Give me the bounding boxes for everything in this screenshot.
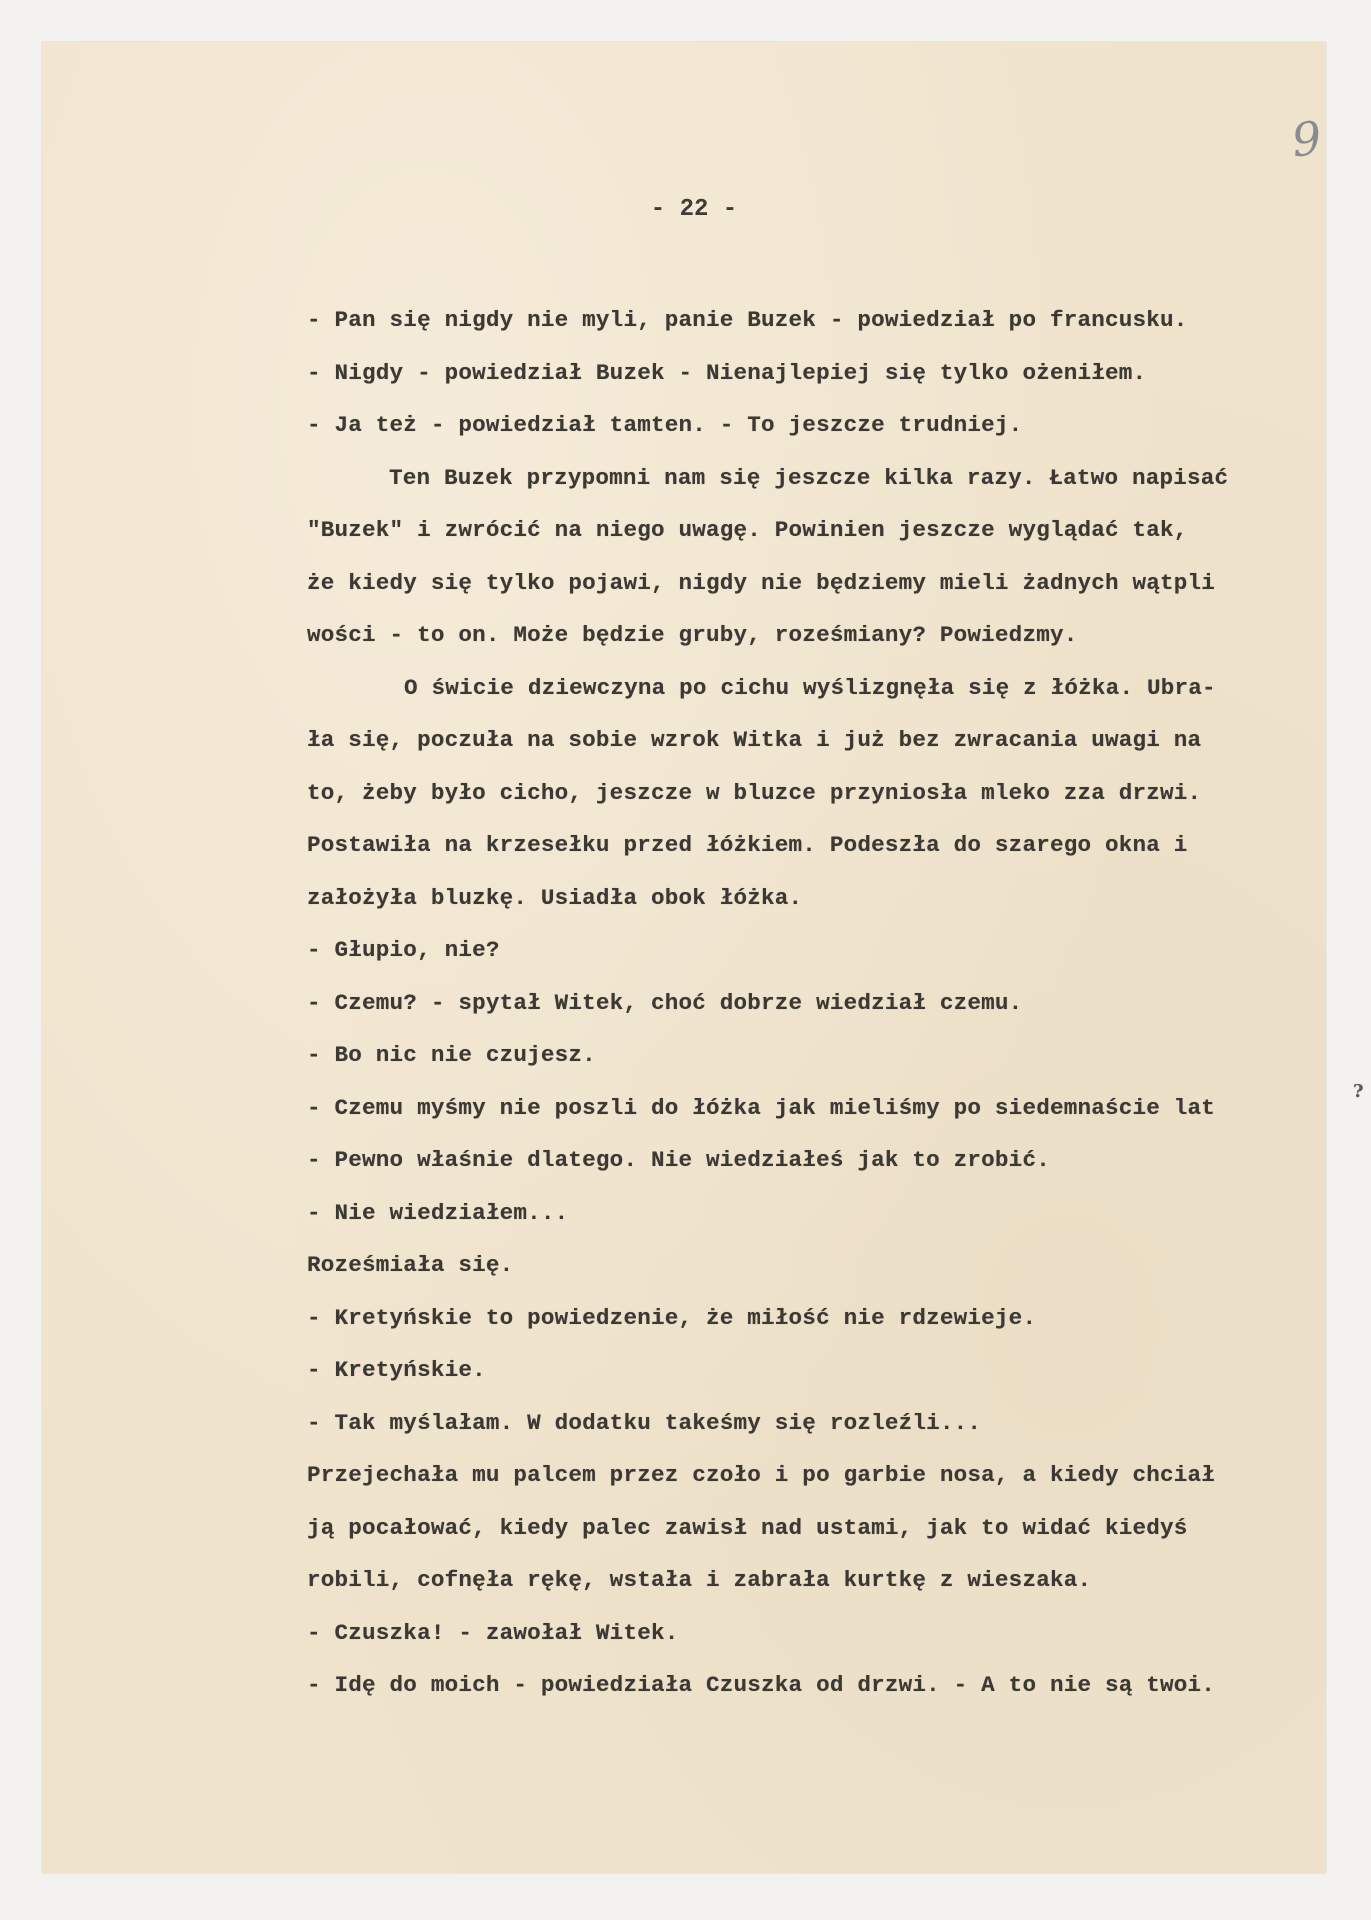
text-line: Przejechała mu palcem przez czoło i po g…	[307, 1449, 1367, 1502]
typewritten-page: 9 - 22 - - Pan się nigdy nie myli, panie…	[42, 42, 1326, 1873]
paragraph-start-line: O świcie dziewczyna po cichu wyślizgnęła…	[307, 662, 1367, 715]
text-line: ją pocałować, kiedy palec zawisł nad ust…	[307, 1502, 1367, 1555]
dialogue-text: - Czemu myśmy nie poszli do łóżka jak mi…	[307, 1095, 1215, 1121]
dialogue-line: - Czuszka! - zawołał Witek.	[307, 1607, 1367, 1660]
dialogue-line: - Tak myślałam. W dodatku takeśmy się ro…	[307, 1397, 1367, 1450]
page-number: - 22 -	[42, 196, 1326, 223]
text-line: robili, cofnęła rękę, wstała i zabrała k…	[307, 1554, 1367, 1607]
dialogue-line: - Bo nic nie czujesz.	[307, 1029, 1367, 1082]
text-line: - Nigdy - powiedział Buzek - Nienajlepie…	[307, 347, 1367, 400]
dialogue-line: - Kretyńskie.	[307, 1344, 1367, 1397]
dialogue-line-with-mark: - Czemu myśmy nie poszli do łóżka jak mi…	[307, 1082, 1367, 1135]
dialogue-line: - Kretyńskie to powiedzenie, że miłość n…	[307, 1292, 1367, 1345]
text-line: ła się, poczuła na sobie wzrok Witka i j…	[307, 714, 1367, 767]
handwritten-folio-number: 9	[1289, 111, 1324, 168]
text-line: "Buzek" i zwrócić na niego uwagę. Powini…	[307, 504, 1367, 557]
dialogue-line: - Czemu? - spytał Witek, choć dobrze wie…	[307, 977, 1367, 1030]
text-line: Roześmiała się.	[307, 1239, 1367, 1292]
text-line: to, żeby było cicho, jeszcze w bluzce pr…	[307, 767, 1367, 820]
paragraph-start-line: Ten Buzek przypomni nam się jeszcze kilk…	[307, 452, 1367, 505]
dialogue-line: - Idę do moich - powiedziała Czuszka od …	[307, 1659, 1367, 1712]
dialogue-line: - Głupio, nie?	[307, 924, 1367, 977]
text-line: Postawiła na krzesełku przed łóżkiem. Po…	[307, 819, 1367, 872]
text-line: - Pan się nigdy nie myli, panie Buzek - …	[307, 294, 1367, 347]
text-line: wości - to on. Może będzie gruby, roześm…	[307, 609, 1367, 662]
dialogue-line: - Nie wiedziałem...	[307, 1187, 1367, 1240]
handwritten-question-mark: ?	[1353, 1066, 1364, 1119]
text-line: założyła bluzkę. Usiadła obok łóżka.	[307, 872, 1367, 925]
dialogue-line: - Pewno właśnie dlatego. Nie wiedziałeś …	[307, 1134, 1367, 1187]
text-line: - Ja też - powiedział tamten. - To jeszc…	[307, 399, 1367, 452]
body-text: - Pan się nigdy nie myli, panie Buzek - …	[307, 294, 1367, 1712]
text-line: że kiedy się tylko pojawi, nigdy nie będ…	[307, 557, 1367, 610]
